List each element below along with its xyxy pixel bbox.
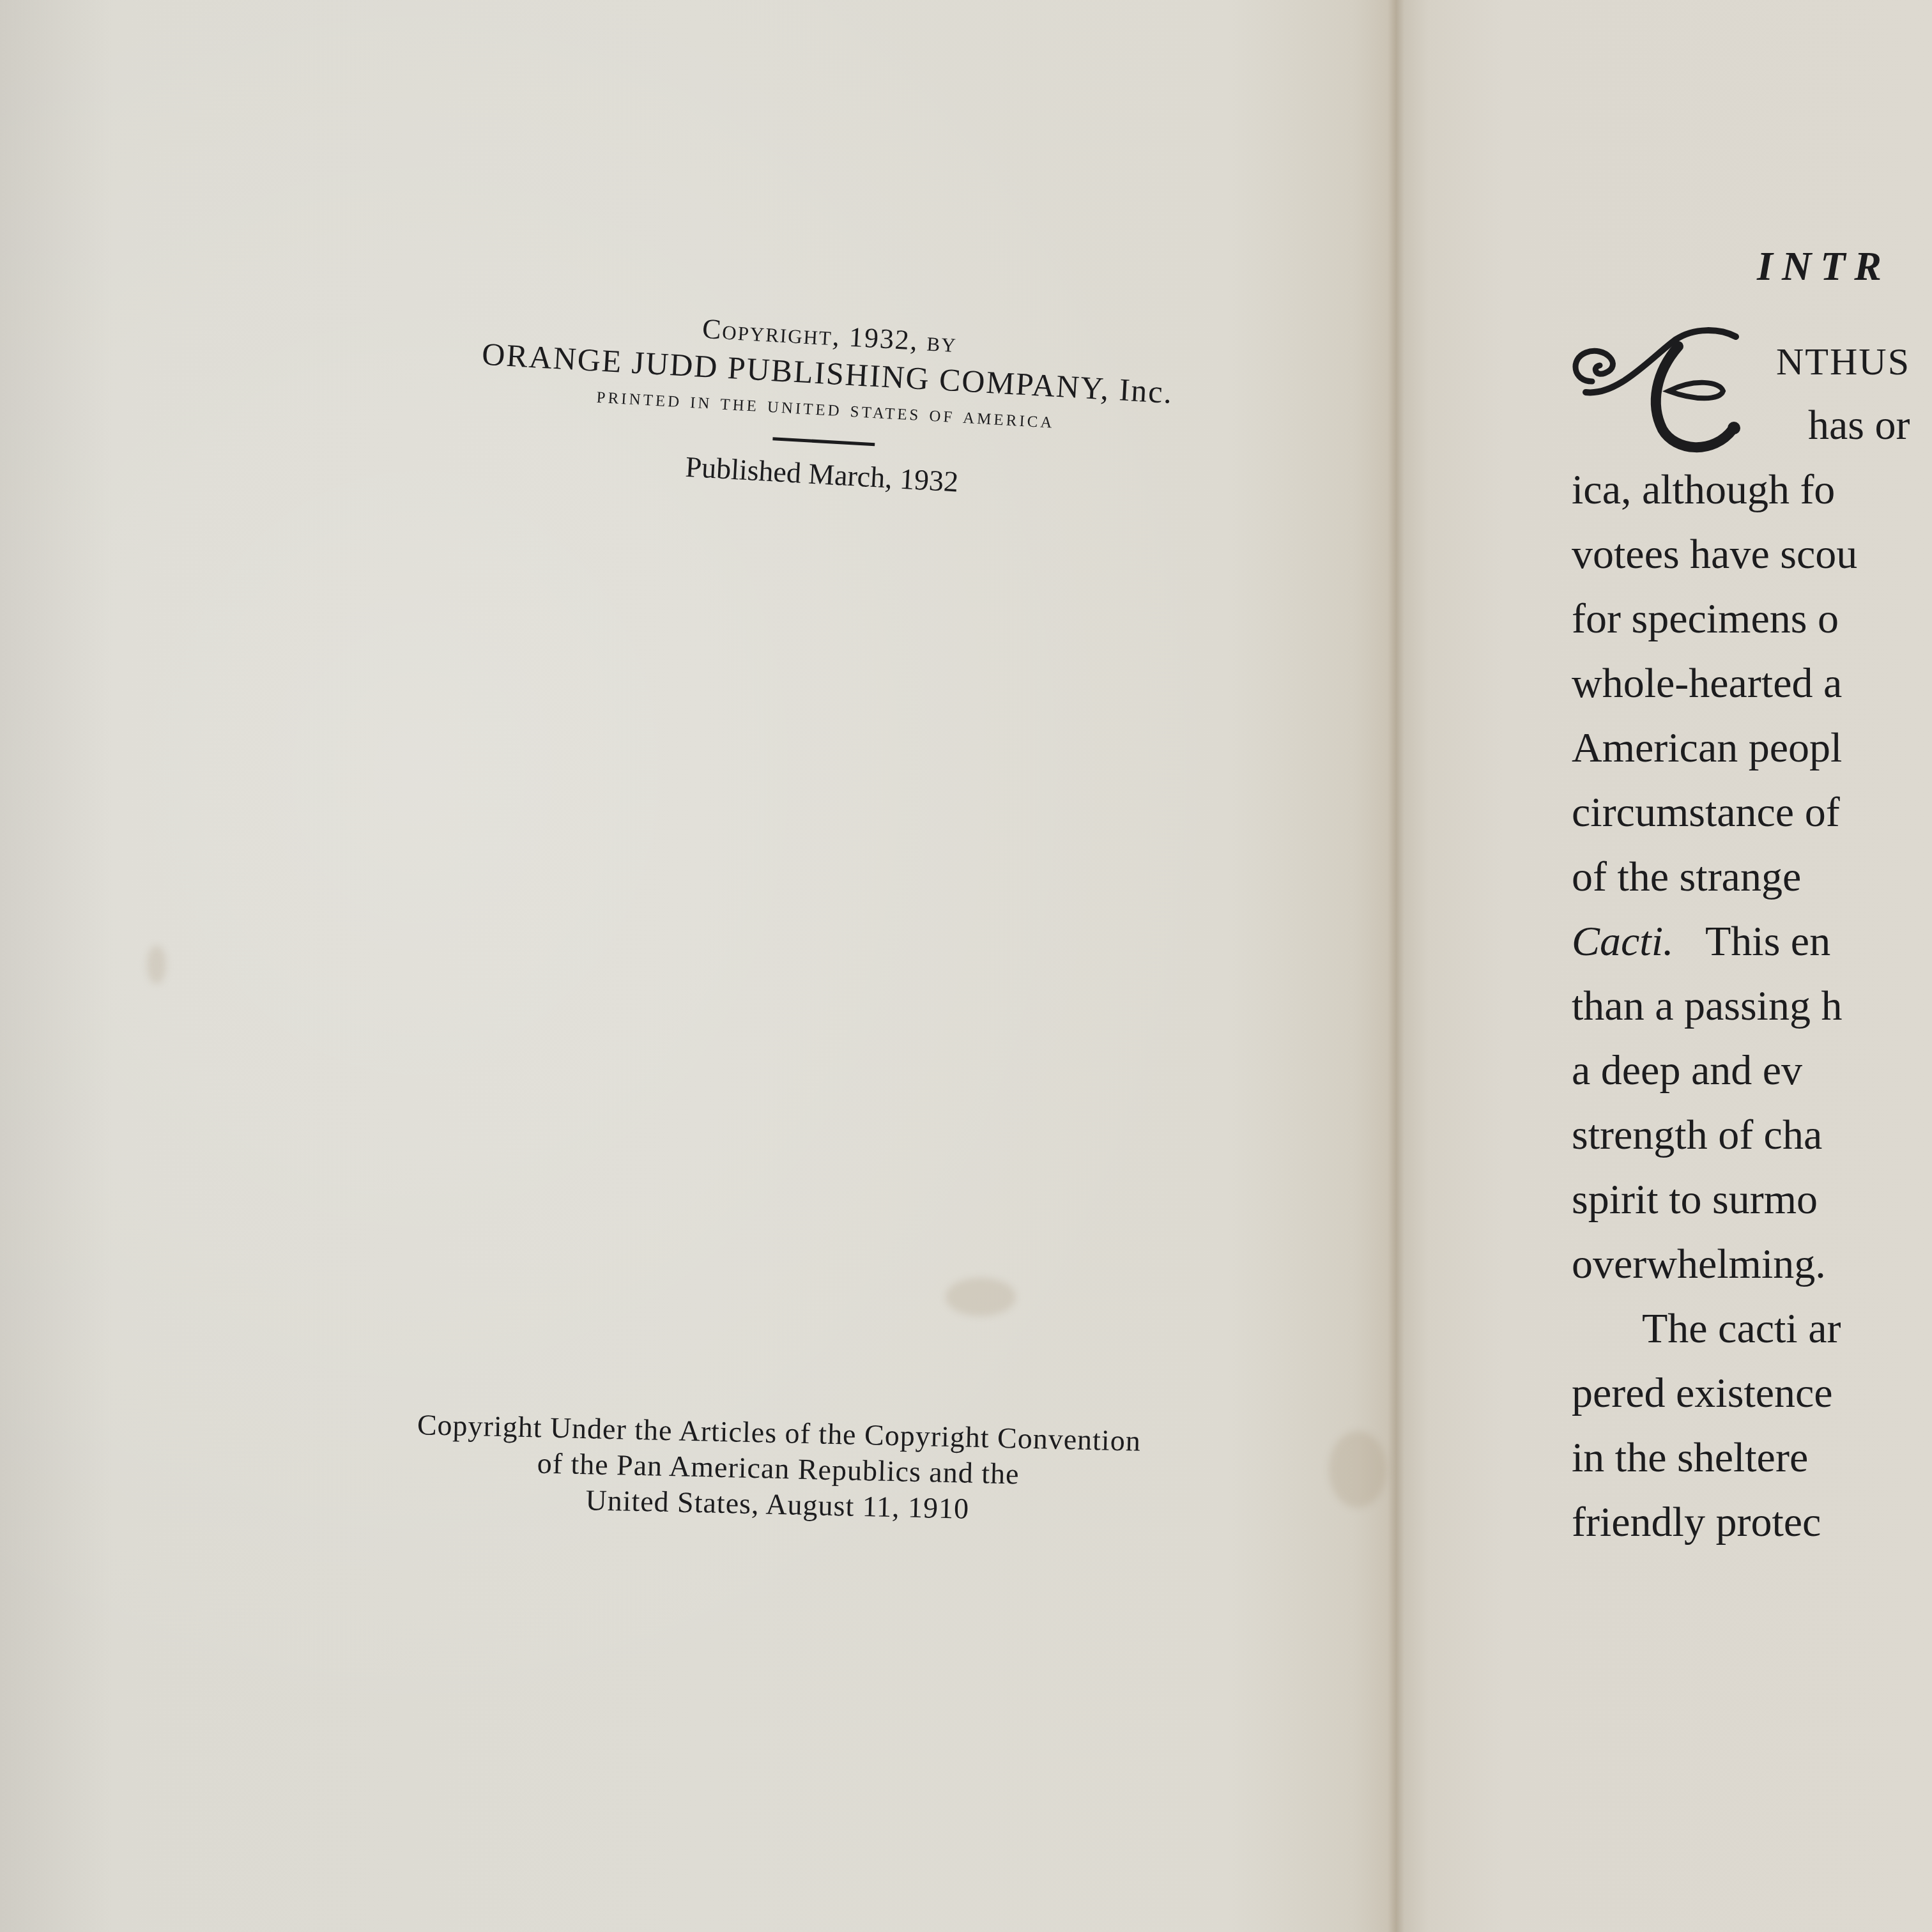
copyright-notice: Copyright, 1932, by ORANGE JUDD PUBLISHI… (438, 298, 1213, 513)
ornamental-drop-cap-e-icon (1567, 321, 1758, 461)
text-line: a deep and ev (1572, 1038, 1932, 1103)
divider-rule (772, 437, 875, 446)
text-line: in the sheltere (1572, 1425, 1932, 1490)
text-line: friendly protec (1572, 1490, 1932, 1554)
published-date: Published March, 1932 (438, 436, 1206, 512)
convention-notice: Copyright Under the Articles of the Copy… (310, 1404, 1245, 1533)
foxing-stain (147, 946, 166, 984)
text-line: circumstance of (1572, 780, 1932, 845)
text-line: for specimens o (1572, 586, 1932, 651)
foxing-stain (1329, 1431, 1386, 1508)
text-line: whole-hearted a (1572, 651, 1932, 716)
book-gutter (1388, 0, 1404, 1932)
text-line: than a passing h (1572, 974, 1932, 1038)
introduction-section: INTR NTHUS has or ica, although fo votee… (1572, 243, 1932, 1554)
text-line: spirit to surmo (1572, 1167, 1932, 1232)
left-page: Copyright, 1932, by ORANGE JUDD PUBLISHI… (0, 0, 1396, 1932)
text-line: Cacti. This en (1572, 909, 1932, 974)
text-line: votees have scou (1572, 522, 1932, 586)
italic-term: Cacti. (1572, 918, 1674, 965)
text-line: of the strange (1572, 845, 1932, 909)
text-line: ica, although fo (1572, 457, 1932, 522)
text-line: strength of cha (1572, 1103, 1932, 1167)
text-line: pered existence (1572, 1361, 1932, 1425)
text-line: overwhelming. (1572, 1232, 1932, 1296)
text-line: The cacti ar (1572, 1296, 1932, 1361)
section-heading: INTR (1757, 243, 1932, 290)
foxing-stain (946, 1278, 1016, 1316)
text-line: American peopl (1572, 716, 1932, 780)
intro-body-text: NTHUS has or ica, although fo votees hav… (1572, 328, 1932, 1554)
